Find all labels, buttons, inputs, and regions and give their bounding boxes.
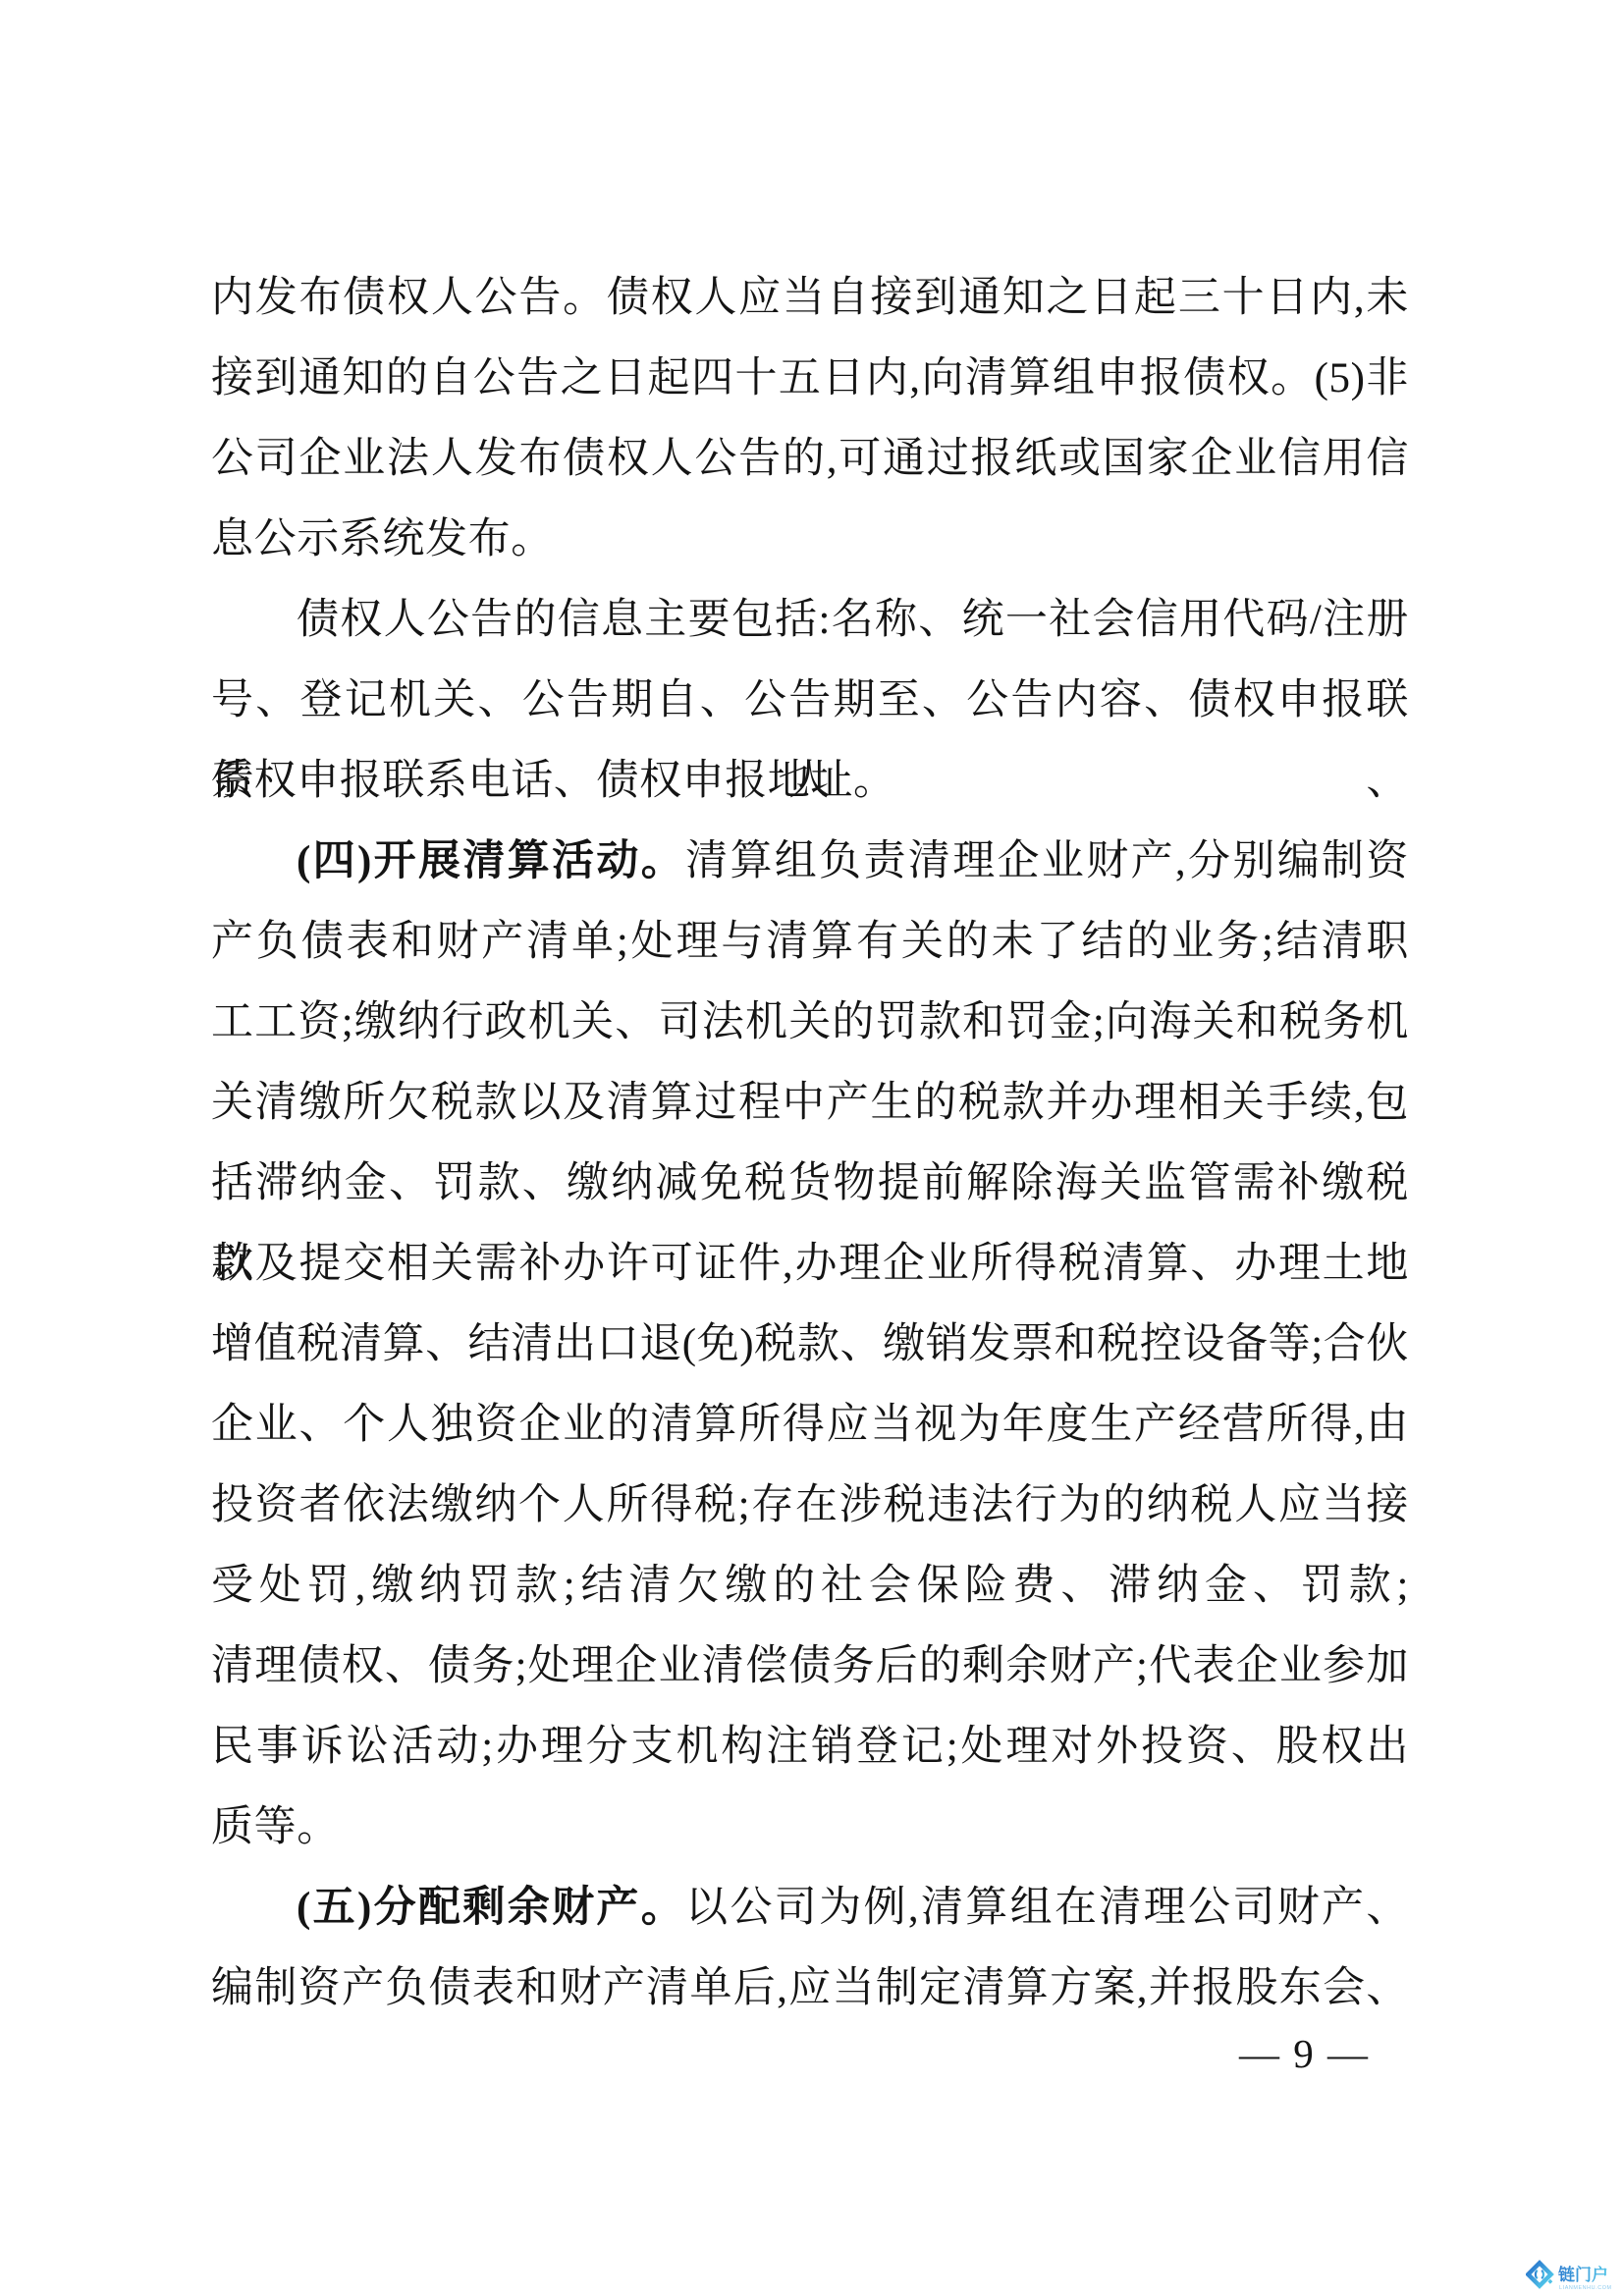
- text-line: 息公示系统发布。: [211, 500, 1409, 580]
- watermark-name: 链门户: [1558, 2265, 1608, 2284]
- text-line: 编制资产负债表和财产清单后,应当制定清算方案,并报股东会、: [211, 1949, 1409, 2029]
- text-line: 受处罚,缴纳罚款;结清欠缴的社会保险费、滞纳金、罚款;: [211, 1546, 1409, 1627]
- text-line: (四)开展清算活动。清算组负责清理企业财产,分别编制资: [211, 822, 1409, 902]
- text-line: 质等。: [211, 1788, 1409, 1868]
- text-block: 内发布债权人公告。债权人应当自接到通知之日起三十日内,未接到通知的自公告之日起四…: [211, 258, 1409, 2029]
- text-line: 企业、个人独资企业的清算所得应当视为年度生产经营所得,由: [211, 1385, 1409, 1466]
- text-line: 公司企业法人发布债权人公告的,可通过报纸或国家企业信用信: [211, 419, 1409, 500]
- text-line: 号、登记机关、公告期自、公告期至、公告内容、债权申报联系人、: [211, 661, 1409, 741]
- text-line: (五)分配剩余财产。以公司为例,清算组在清理公司财产、: [211, 1868, 1409, 1949]
- watermark: 链门户 LIANMENHU.COM: [1526, 2257, 1619, 2293]
- section-heading: (五)分配剩余财产。: [297, 1885, 685, 1931]
- page-number: — 9 —: [1239, 2030, 1370, 2077]
- text-line: 内发布债权人公告。债权人应当自接到通知之日起三十日内,未: [211, 258, 1409, 339]
- document-page: 内发布债权人公告。债权人应当自接到通知之日起三十日内,未接到通知的自公告之日起四…: [0, 0, 1623, 2296]
- text-line: 清理债权、债务;处理企业清偿债务后的剩余财产;代表企业参加: [211, 1627, 1409, 1707]
- text-line: 民事诉讼活动;办理分支机构注销登记;处理对外投资、股权出: [211, 1707, 1409, 1788]
- text-line: 关清缴所欠税款以及清算过程中产生的税款并办理相关手续,包: [211, 1063, 1409, 1144]
- lianmenhu-logo-icon: 链门户 LIANMENHU.COM: [1526, 2257, 1619, 2293]
- text-line: 以及提交相关需补办许可证件,办理企业所得税清算、办理土地: [211, 1224, 1409, 1305]
- text-line: 括滞纳金、罚款、缴纳减免税货物提前解除海关监管需补缴税款: [211, 1144, 1409, 1224]
- text-line: 增值税清算、结清出口退(免)税款、缴销发票和税控设备等;合伙: [211, 1305, 1409, 1385]
- watermark-domain: LIANMENHU.COM: [1559, 2285, 1612, 2291]
- text-line: 接到通知的自公告之日起四十五日内,向清算组申报债权。(5)非: [211, 339, 1409, 419]
- section-heading: (四)开展清算活动。: [297, 838, 685, 884]
- text-line: 产负债表和财产清单;处理与清算有关的未了结的业务;结清职: [211, 902, 1409, 983]
- text-line: 投资者依法缴纳个人所得税;存在涉税违法行为的纳税人应当接: [211, 1466, 1409, 1546]
- text-line: 债权人公告的信息主要包括:名称、统一社会信用代码/注册: [211, 580, 1409, 661]
- text-line: 工工资;缴纳行政机关、司法机关的罚款和罚金;向海关和税务机: [211, 983, 1409, 1063]
